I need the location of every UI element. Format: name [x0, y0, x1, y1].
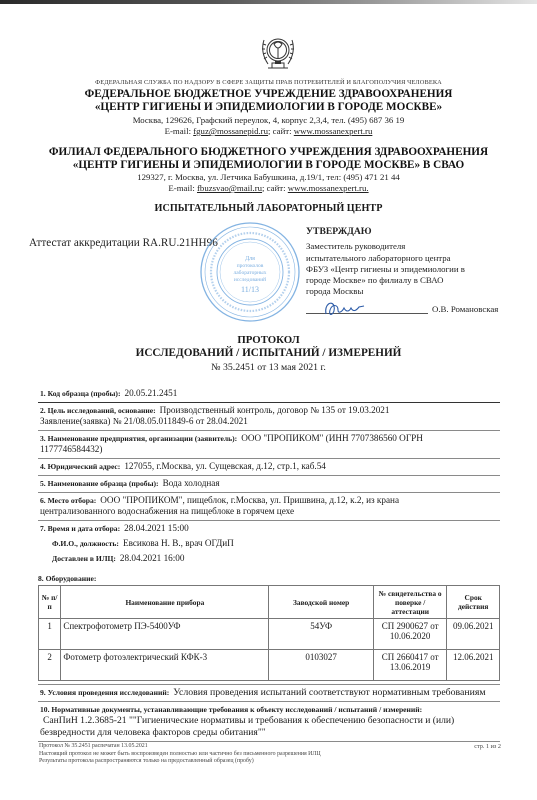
section-label: 5. Наименование образца (пробы): [40, 479, 159, 488]
table-row: 1 Спектрофотометр ПЭ-5400УФ 54УФ СП 2900… [39, 619, 500, 650]
approval-line: испытательного лабораторного центра [306, 253, 506, 264]
section-purpose: 2. Цель исследований, основание:Производ… [38, 403, 500, 431]
org-email-link[interactable]: fguz@mossanepid.ru [193, 126, 268, 136]
section-label: 9. Условия проведения исследований: [40, 688, 169, 697]
approval-line: города Москвы [306, 286, 506, 297]
equipment-table: № п/п Наименование прибора Заводской ном… [38, 585, 500, 681]
approval-line: ФБУЗ «Центр гигиены и эпидемиологии в [306, 264, 506, 275]
section-sampling-place: 6. Место отбора:ООО "ПРОПИКОМ", пищеблок… [38, 493, 500, 521]
section-label: Ф.И.О., должность: [52, 539, 119, 548]
cell-validity: 09.06.2021 [447, 619, 500, 650]
col-header-number: № п/п [39, 586, 61, 619]
protocol-sections-continued: 9. Условия проведения исследований:Услов… [38, 684, 500, 742]
branch-email-link[interactable]: fbuzsvao@mail.ru [197, 183, 262, 193]
org-address: Москва, 129626, Графский переулок, 4, ко… [0, 115, 537, 125]
stamp-text-line4: исследований [234, 276, 266, 283]
section-label: 1. Код образца (пробы): [40, 389, 120, 398]
col-header-validity: Срок действия [447, 586, 500, 619]
col-header-device-name: Наименование прибора [61, 586, 269, 619]
scan-edge [0, 0, 537, 4]
section-value: 28.04.2021 16:00 [120, 553, 185, 563]
section-label: 7. Время и дата отбора: [40, 524, 120, 533]
print-info: Протокол № 35.2451 распечатан 13.05.2021 [39, 743, 501, 751]
section-value: Вода холодная [163, 478, 220, 488]
page-footer: Протокол № 35.2451 распечатан 13.05.2021… [39, 743, 501, 766]
protocol-sections: 1. Код образца (пробы):20.05.21.2451 2. … [38, 386, 500, 567]
section-label: 3. Наименование предприятия, организации… [40, 434, 237, 443]
section-value-cont: безвредности для человека факторов среды… [40, 727, 498, 739]
agency-name: ФЕДЕРАЛЬНАЯ СЛУЖБА ПО НАДЗОРУ В СФЕРЕ ЗА… [0, 79, 537, 86]
section-value: 127055, г.Москва, ул. Сущевская, д.12, с… [124, 461, 326, 471]
section-value-cont: централизованного водоснабжения на пищеб… [40, 506, 294, 516]
branch-site-link[interactable]: www.mossanexpert.ru. [288, 183, 369, 193]
org-name-line1: ФЕДЕРАЛЬНОЕ БЮДЖЕТНОЕ УЧРЕЖДЕНИЕ ЗДРАВОО… [0, 88, 537, 100]
branch-name-line1: ФИЛИАЛ ФЕДЕРАЛЬНОГО БЮДЖЕТНОГО УЧРЕЖДЕНИ… [0, 146, 537, 158]
table-row: 2 Фотометр фотоэлектрический КФК-3 01030… [39, 650, 500, 681]
branch-email-label: E-mail: [168, 183, 197, 193]
section-value: 28.04.2021 15:00 [124, 523, 189, 533]
branch-contacts: E-mail: fbuzsvao@mail.ru; сайт: www.moss… [0, 183, 537, 193]
section-sample-code: 1. Код образца (пробы):20.05.21.2451 [38, 386, 500, 403]
section-value: СанПиН 1.2.3685-21 ""Гигиенические норма… [43, 715, 498, 727]
section-conditions: 9. Условия проведения исследований:Услов… [38, 684, 500, 702]
approval-title: УТВЕРЖДАЮ [306, 226, 506, 237]
protocol-number: № 35.2451 от 13 мая 2021 г. [0, 362, 537, 373]
section-value: ООО "ПРОПИКОМ", пищеблок, г.Москва, ул. … [100, 495, 399, 505]
protocol-title: ПРОТОКОЛ [0, 334, 537, 346]
col-header-certificate: № свидетельства о поверке / аттестации [373, 586, 447, 619]
branch-address: 129327, г. Москва, ул. Летчика Бабушкина… [0, 172, 537, 182]
branch-site-label: ; сайт: [262, 183, 288, 193]
org-site-label: ; сайт: [268, 126, 294, 136]
accreditation-certificate: Аттестат аккредитации RA.RU.21НН96 [29, 237, 218, 249]
handwritten-signature-icon [322, 298, 367, 320]
delivered-row: Доставлен в ИЛЦ:28.04.2021 16:00 [40, 549, 498, 564]
org-contacts: E-mail: fguz@mossanepid.ru; сайт: www.mo… [0, 126, 537, 136]
section-organization: 3. Наименование предприятия, организации… [38, 431, 500, 459]
section-value: Производственный контроль, договор № 135… [160, 405, 390, 415]
signatory-name: О.В. Романовская [432, 304, 498, 315]
equipment-title: 8. Оборудование: [38, 574, 96, 583]
approval-line: городе Москве» по филиалу в СВАО [306, 275, 506, 286]
stamp-text-line1: Для [245, 256, 255, 262]
section-label: 6. Место отбора: [40, 496, 96, 505]
section-label: Доставлен в ИЛЦ: [52, 554, 116, 563]
cell-serial: 0103027 [269, 650, 373, 681]
section-label: 4. Юридический адрес: [40, 462, 120, 471]
section-legal-address: 4. Юридический адрес:127055, г.Москва, у… [38, 459, 500, 476]
section-value: Условия проведения испытаний соответству… [173, 687, 485, 698]
cell-number: 2 [39, 650, 61, 681]
section-normative-documents: 10. Нормативные документы, устанавливающ… [38, 702, 500, 742]
cell-certificate: СП 2660417 от 13.06.2019 [373, 650, 447, 681]
branch-name-line2: «ЦЕНТР ГИГИЕНЫ И ЭПИДЕМИОЛОГИИ В ГОРОДЕ … [0, 159, 537, 171]
section-value-cont: 1177746584432) [40, 444, 102, 454]
sampler-row: Ф.И.О., должность:Евсикова Н. В., врач О… [40, 534, 498, 549]
stamp-number: 11/13 [241, 285, 259, 294]
cell-certificate: СП 2900627 от 10.06.2020 [373, 619, 447, 650]
section-value: ООО "ПРОПИКОМ" (ИНН 7707386560 ОГРН [241, 433, 423, 443]
cell-validity: 12.06.2021 [447, 650, 500, 681]
cell-device-name: Спектрофотометр ПЭ-5400УФ [61, 619, 269, 650]
table-header-row: № п/п Наименование прибора Заводской ном… [39, 586, 500, 619]
cell-serial: 54УФ [269, 619, 373, 650]
org-site-link[interactable]: www.mossanexpert.ru [294, 126, 373, 136]
section-sample-name: 5. Наименование образца (пробы):Вода хол… [38, 476, 500, 493]
section-label: 2. Цель исследований, основание: [40, 406, 156, 415]
section-label: 10. Нормативные документы, устанавливающ… [40, 705, 422, 714]
lab-center-title: ИСПЫТАТЕЛЬНЫЙ ЛАБОРАТОРНЫЙ ЦЕНТР [0, 203, 537, 214]
org-name-line2: «ЦЕНТР ГИГИЕНЫ И ЭПИДЕМИОЛОГИИ В ГОРОДЕ … [0, 101, 537, 113]
stamp-text-line3: лабораторных [233, 269, 266, 276]
section-value: 20.05.21.2451 [124, 388, 177, 398]
approval-line: Заместитель руководителя [306, 241, 506, 252]
protocol-subtitle: ИССЛЕДОВАНИЙ / ИСПЫТАНИЙ / ИЗМЕРЕНИЙ [0, 347, 537, 359]
official-stamp-icon: Для протоколов лабораторных исследований… [198, 220, 303, 325]
section-value: Евсикова Н. В., врач ОГДиП [123, 538, 234, 548]
cell-number: 1 [39, 619, 61, 650]
section-value-cont: Заявление(заявка) № 21/08.05.011849-6 от… [40, 416, 248, 426]
scope-notice: Результаты протокола распространяются то… [39, 758, 501, 766]
rospotrebnadzor-emblem-icon [254, 30, 302, 78]
stamp-text-line2: протоколов [237, 263, 264, 269]
page-number: стр. 1 из 2 [474, 743, 501, 751]
col-header-serial: Заводской номер [269, 586, 373, 619]
section-sampling-time: 7. Время и дата отбора:28.04.2021 15:00 … [38, 521, 500, 567]
cell-device-name: Фотометр фотоэлектрический КФК-3 [61, 650, 269, 681]
org-email-label: E-mail: [165, 126, 194, 136]
